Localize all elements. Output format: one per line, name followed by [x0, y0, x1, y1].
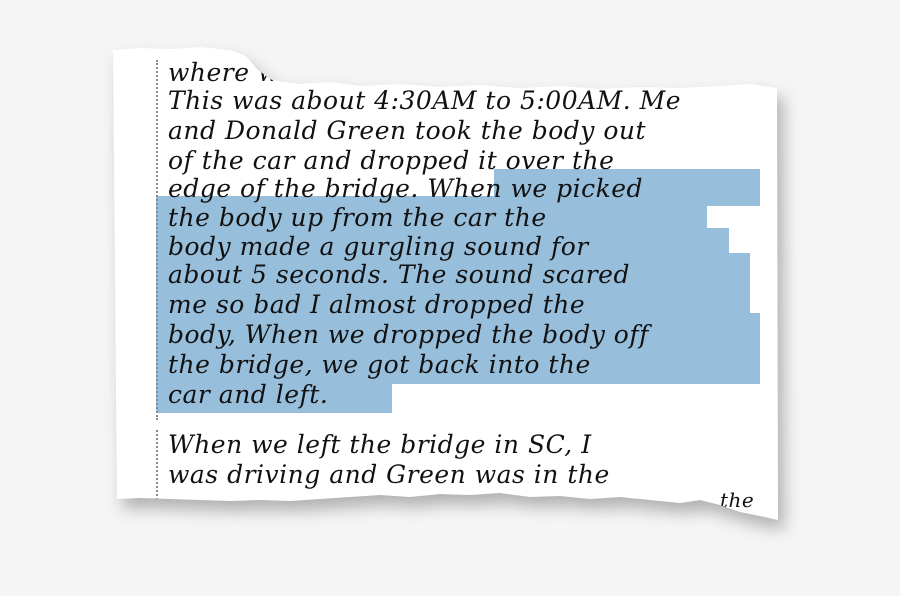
highlight-block-c — [707, 228, 729, 256]
page: where w This was about 4:30AM to 5:00AM.… — [0, 0, 900, 596]
margin-dotted-line — [156, 60, 161, 420]
text-line: edge of the bridge. When we picked — [168, 176, 643, 201]
text-line: car and left. — [168, 382, 328, 407]
text-line: me so bad I almost dropped the — [168, 292, 585, 317]
margin-dotted-line-lower — [156, 430, 161, 500]
text-line: body, When we dropped the body off — [168, 322, 649, 347]
text-line: When we left the bridge in SC, I — [168, 432, 592, 457]
text-line: of the car and dropped it over the — [168, 148, 614, 173]
text-line: where w — [168, 60, 280, 85]
text-line: the bridge, we got back into the — [168, 352, 591, 377]
text-line: about 5 seconds. The sound scared — [168, 262, 630, 287]
highlight-block-b — [707, 196, 760, 206]
text-line: was driving and Green was in the — [168, 462, 610, 487]
text-line: body made a gurgling sound for — [168, 234, 589, 259]
text-line: the — [720, 490, 754, 510]
text-line: and Donald Green took the body out — [168, 118, 646, 143]
torn-paper: where w This was about 4:30AM to 5:00AM.… — [0, 0, 900, 596]
paper-shadow: where w This was about 4:30AM to 5:00AM.… — [0, 0, 900, 596]
text-line: This was about 4:30AM to 5:00AM. Me — [168, 88, 681, 113]
text-line: the body up from the car the — [168, 205, 547, 230]
